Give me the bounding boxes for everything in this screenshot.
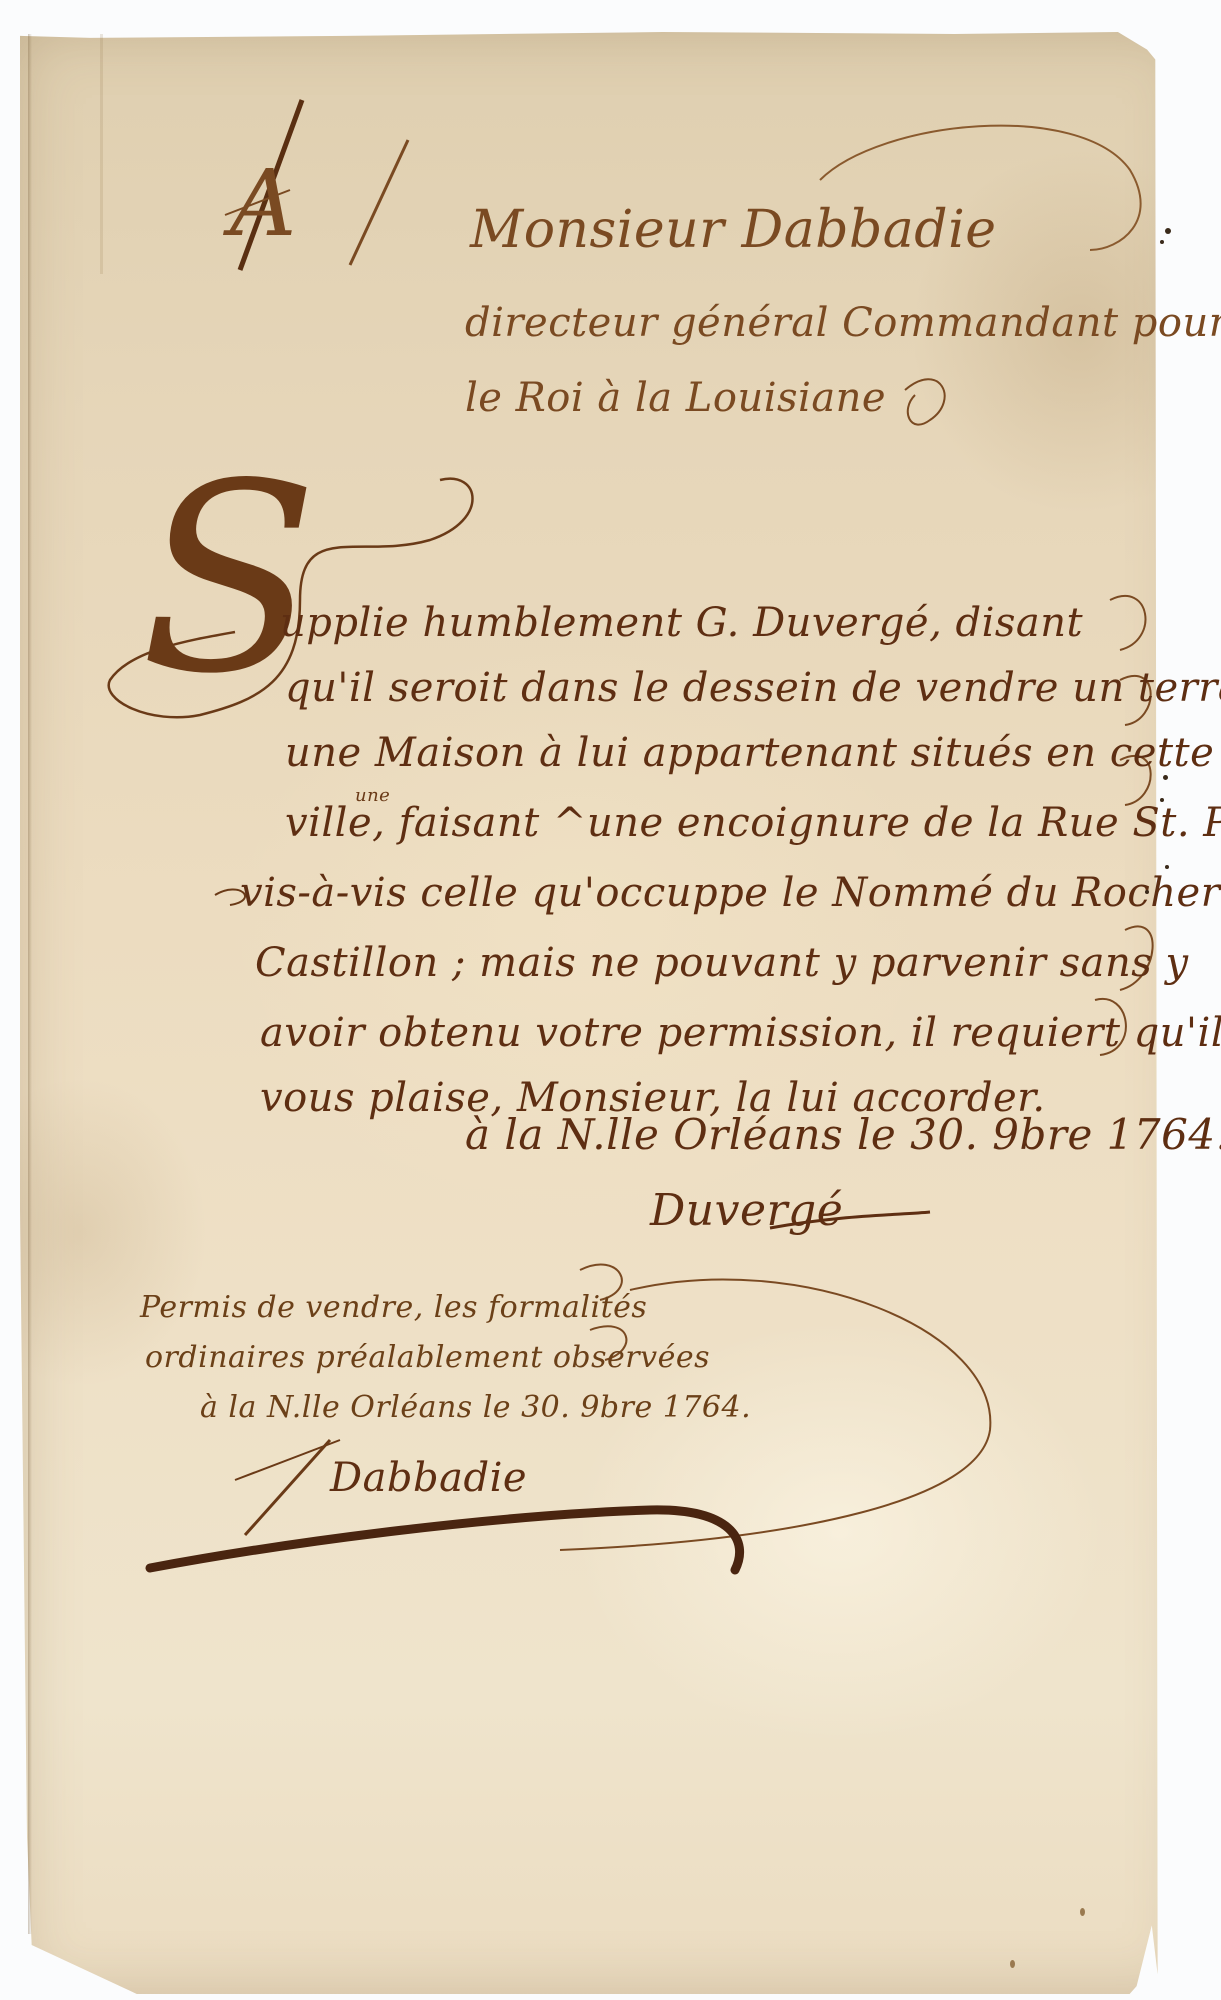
- petition-line-3: une Maison à lui appartenant situés en c…: [285, 730, 1214, 776]
- endorsement-date: à la N.lle Orléans le 30. 9bre 1764.: [200, 1390, 751, 1425]
- petition-date: à la N.lle Orléans le 30. 9bre 1764.: [465, 1110, 1221, 1159]
- paper-fold-crease: [28, 34, 32, 1934]
- petitioner-signature: Duvergé: [650, 1185, 843, 1236]
- recipient-name: Monsieur Dabbadie: [470, 200, 996, 260]
- endorsement-line-1: Permis de vendre, les formalités: [140, 1290, 647, 1325]
- petition-line-1: upplie humblement G. Duvergé, disant: [280, 600, 1083, 646]
- petition-line-6: Castillon ; mais ne pouvant y parvenir s…: [255, 940, 1189, 986]
- petition-line-4: ville, faisant ^une encoignure de la Rue…: [285, 800, 1221, 846]
- petition-line-2: qu'il seroit dans le dessein de vendre u…: [285, 665, 1221, 711]
- endorsement-line-2: ordinaires préalablement observées: [145, 1340, 710, 1375]
- address-initial: A: [230, 150, 297, 257]
- recipient-title: directeur général Commandant pour: [465, 300, 1221, 346]
- petition-line-5: vis-à-vis celle qu'occuppe le Nommé du R…: [240, 870, 1221, 916]
- recipient-location: le Roi à la Louisiane: [465, 375, 886, 421]
- petition-line-7: avoir obtenu votre permission, il requie…: [260, 1010, 1221, 1056]
- official-signature: Dabbadie: [330, 1455, 527, 1501]
- paper-fold-crease-top: [100, 34, 103, 274]
